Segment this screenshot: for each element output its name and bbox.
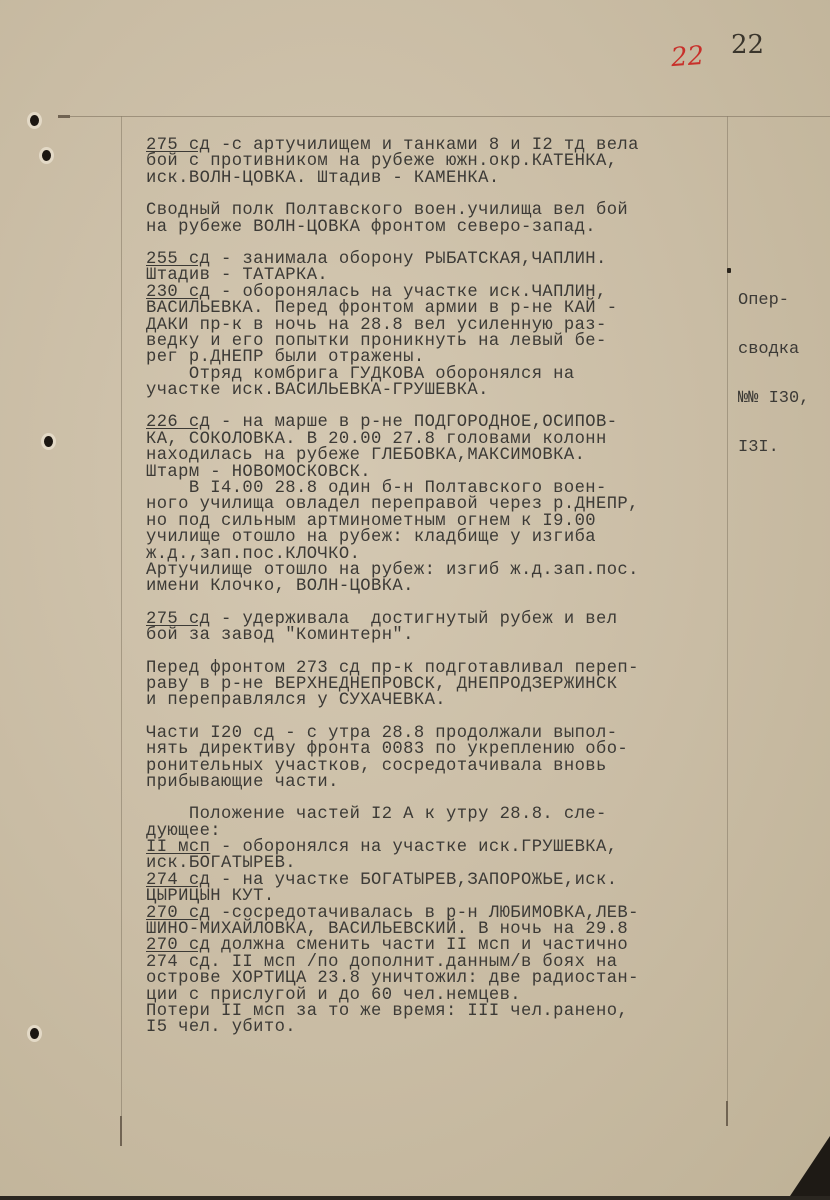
paragraph: 275 сд -с артучилищем и танками 8 и I2 т…: [146, 138, 746, 187]
page-number-stamped: 22: [731, 30, 764, 60]
paragraph: Части I20 сд - с утра 28.8 продолжали вы…: [146, 726, 746, 792]
page-number-handwritten: 22: [670, 41, 705, 73]
document-page: 22 22 Опер- сводка №№ I30, I3I. 275 сд -…: [0, 0, 830, 1196]
punch-hole-icon: [30, 1028, 39, 1039]
text-line: бой за завод "Коминтерн".: [146, 628, 746, 644]
margin-line-top: [58, 116, 830, 117]
side-note-line: I3I.: [738, 440, 809, 456]
paragraph: 226 сд - на марше в р-не ПОДГОРОДНОЕ,ОСИ…: [146, 415, 746, 595]
side-note-line: Опер-: [738, 293, 809, 309]
side-note-line: №№ I30,: [738, 391, 809, 407]
margin-note-opersvodka: Опер- сводка №№ I30, I3I.: [738, 260, 809, 490]
text-line: иск.ВОЛН-ЦОВКА. Штадив - КАМЕНКА.: [146, 171, 746, 187]
paragraph: Положение частей I2 А к утру 28.8. сле-д…: [146, 807, 746, 1036]
paragraph: Сводный полк Полтавского воен.училища ве…: [146, 203, 746, 236]
margin-line-left: [121, 116, 122, 1146]
text-line: прибывающие части.: [146, 775, 746, 791]
text-line: имени Клочко, ВОЛН-ЦОВКА.: [146, 579, 746, 595]
text-line: и переправлялся у СУХАЧЕВКА.: [146, 693, 746, 709]
punch-hole-icon: [44, 436, 53, 447]
punch-hole-icon: [42, 150, 51, 161]
text-line: на рубеже ВОЛН-ЦОВКА фронтом северо-запа…: [146, 220, 746, 236]
text-line: Положение частей I2 А к утру 28.8. сле-: [146, 807, 746, 823]
text-line: участке иск.ВАСИЛЬЕВКА-ГРУШЕВКА.: [146, 383, 746, 399]
side-note-line: сводка: [738, 342, 809, 358]
paragraph: Перед фронтом 273 сд пр-к подготавливал …: [146, 661, 746, 710]
punch-hole-icon: [30, 115, 39, 126]
paragraph: 255 сд - занимала оборону РЫБАТСКАЯ,ЧАПЛ…: [146, 252, 746, 400]
document-body: 275 сд -с артучилищем и танками 8 и I2 т…: [146, 138, 746, 1053]
paragraph: 275 сд - удерживала достигнутый рубеж и …: [146, 612, 746, 645]
text-line: I5 чел. убито.: [146, 1020, 746, 1036]
